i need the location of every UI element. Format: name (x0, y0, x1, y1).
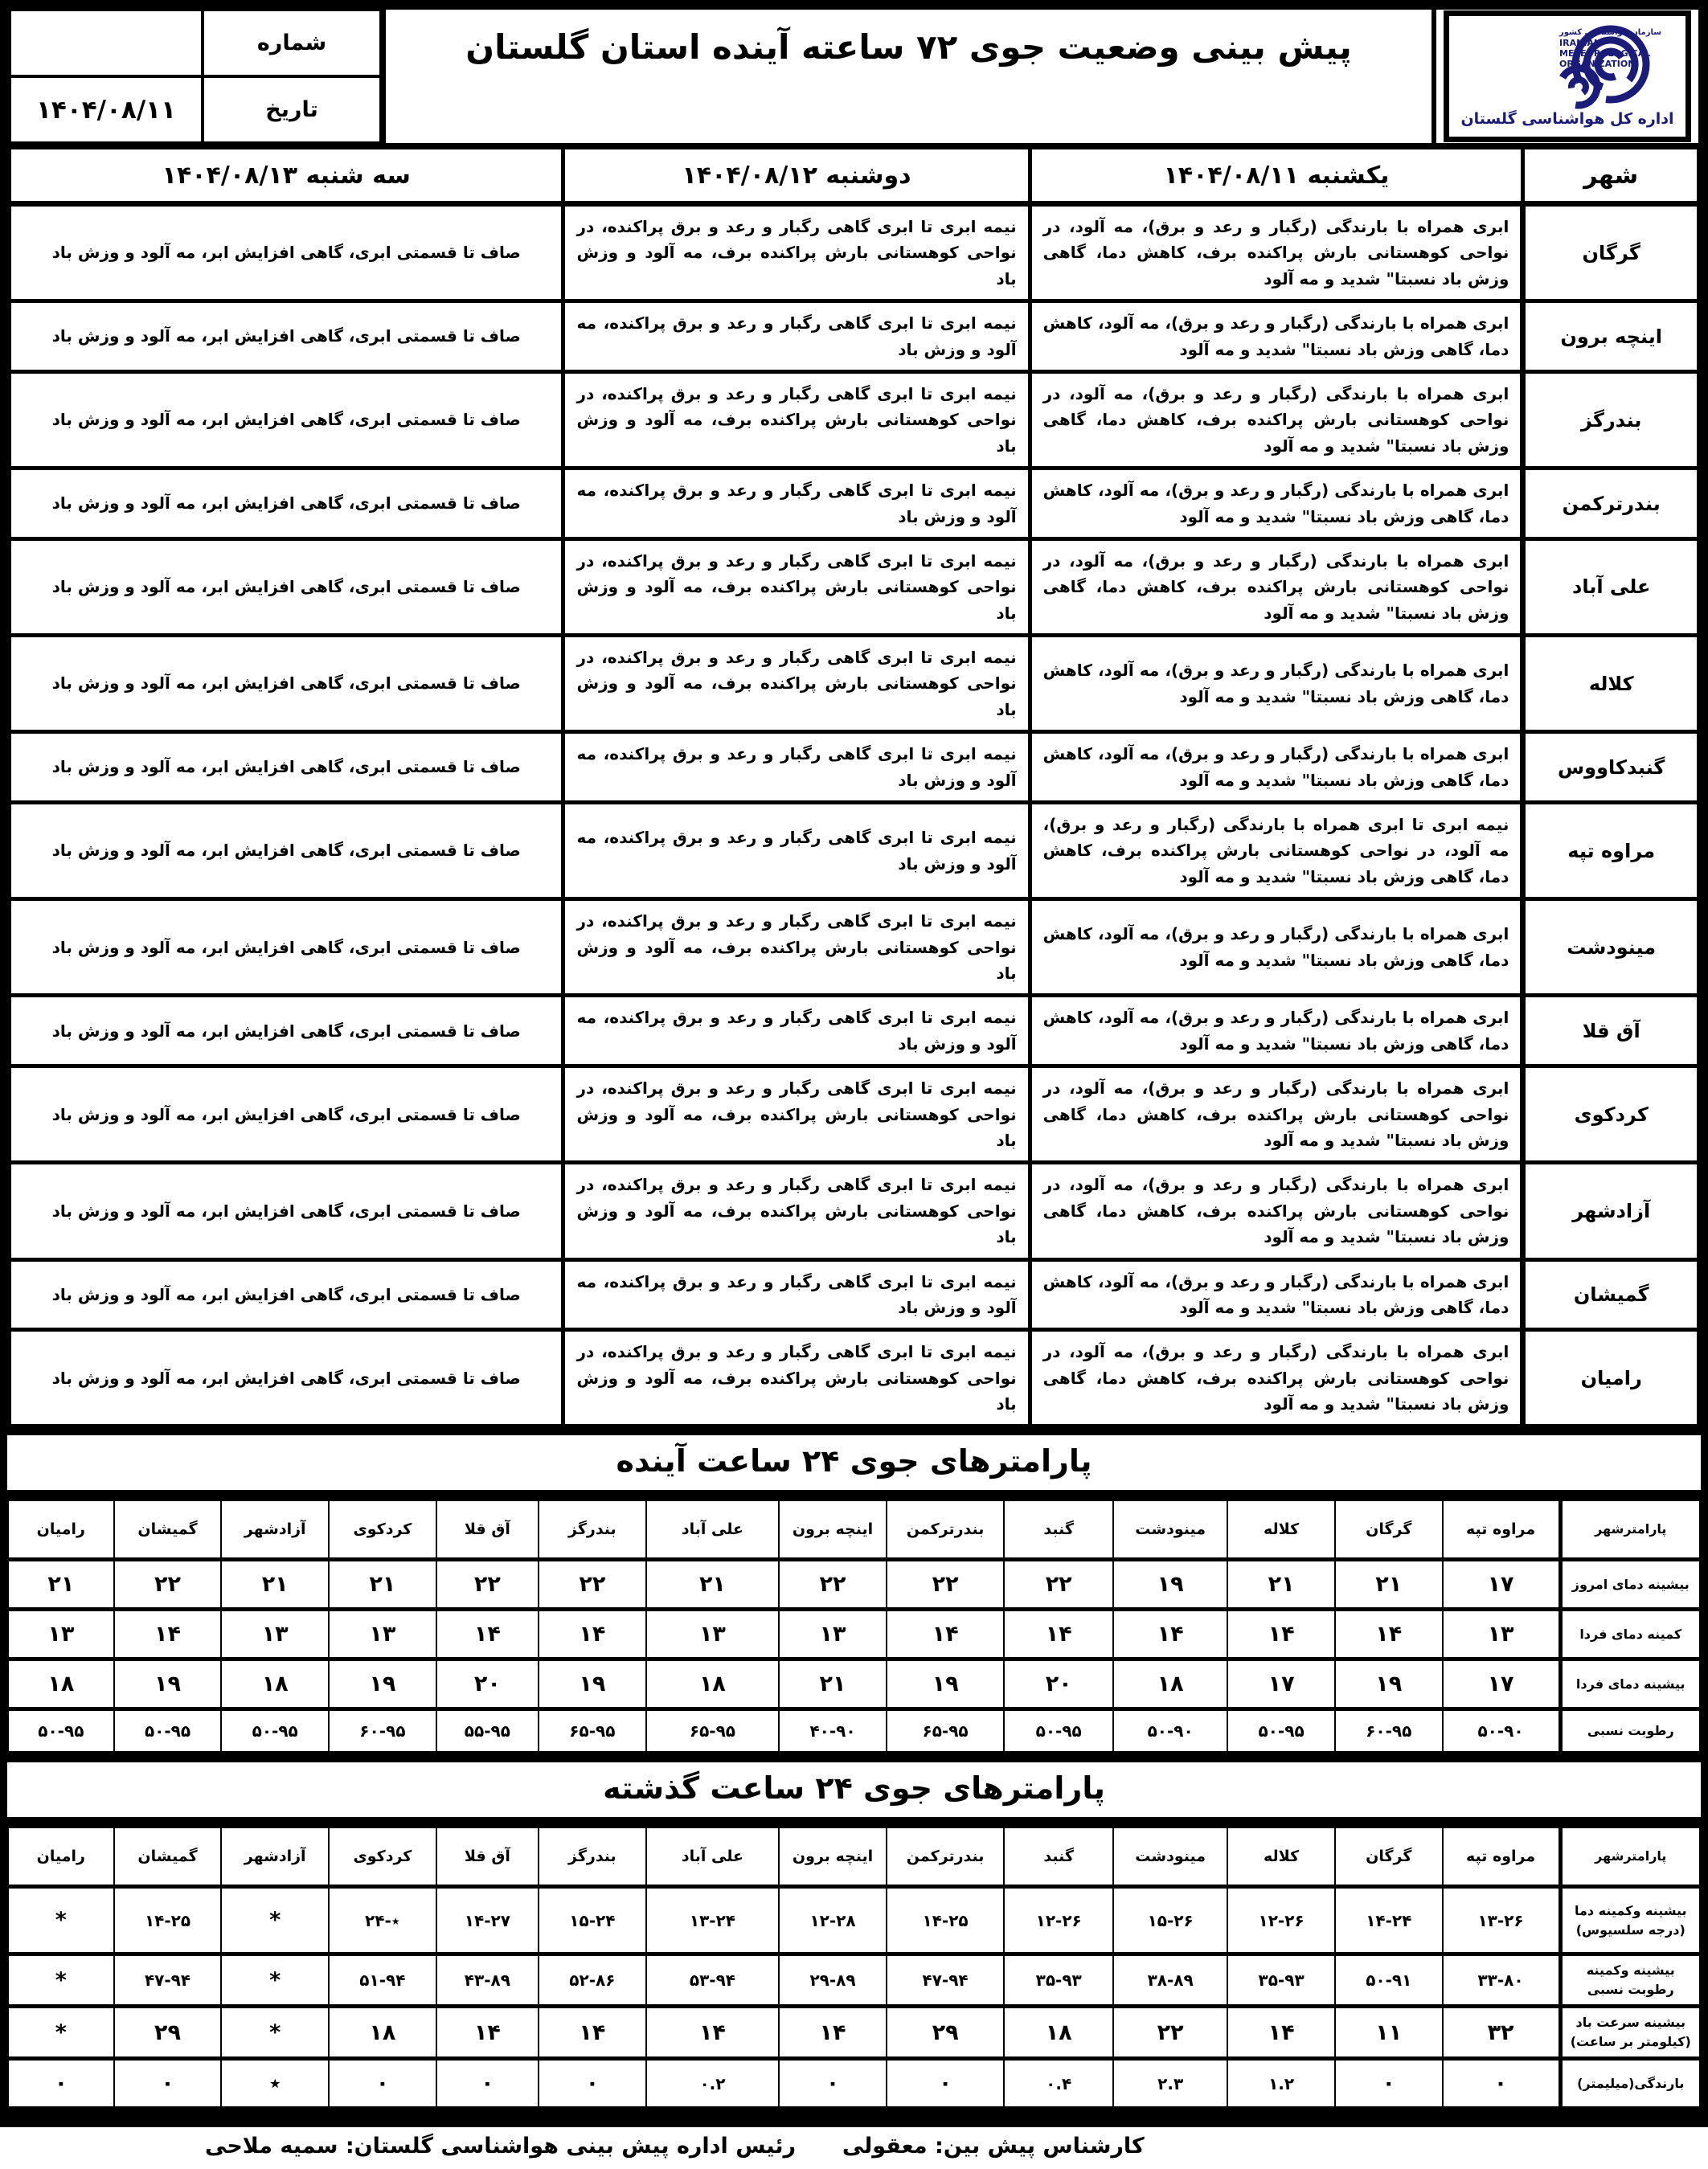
city-name: اینچه برون (1523, 301, 1699, 372)
param-value-cell: ۵۰-۹۵ (114, 1709, 222, 1754)
number-label: شماره (203, 10, 381, 76)
forecast-text-cell: نیمه ابری تا ابری گاهی رگبار و رعد و برق… (563, 371, 1030, 468)
param-value-cell: ۴۷-۹۴ (887, 1954, 1004, 2007)
head-signature: رئیس اداره پیش بینی هواشناسی گلستان: سمی… (205, 2134, 796, 2159)
param-value-cell: ۱۴ (539, 2007, 646, 2059)
param-value-cell: ۱۳ (779, 1610, 887, 1659)
param-value-cell: ۵۲-۸۶ (539, 1954, 646, 2007)
forecast-text-cell: نیمه ابری تا ابری گاهی رگبار و رعد و برق… (563, 204, 1030, 301)
past-params-banner: پارامترهای جوی ۲۴ ساعت گذشته (7, 1755, 1701, 1824)
params-row: بیشینه دمای فردا۱۷۱۹۱۷۱۸۲۰۱۹۲۱۱۸۱۹۲۰۱۹۱۸… (8, 1659, 1700, 1709)
param-value-cell: ۶۵-۹۵ (539, 1709, 646, 1754)
forecast-text-cell: نیمه ابری تا ابری گاهی رگبار و رعد و برق… (563, 1259, 1030, 1330)
city-header-cell: بندرترکمن (887, 1500, 1004, 1560)
city-name: گنبدکاووس (1523, 732, 1699, 803)
param-label-cell: بیشینه دمای امروز (1560, 1560, 1700, 1610)
city-header-cell: کلاله (1227, 1500, 1335, 1560)
param-value-cell: ۱۴ (436, 1610, 539, 1659)
forecast-text-cell: ابری همراه با بارندگی (رگبار و رعد و برق… (1030, 538, 1523, 635)
param-value-cell: ۱۵-۲۶ (1113, 1887, 1227, 1954)
param-value-cell: ۱۸ (329, 2007, 436, 2059)
param-value-cell: ۱۳-۲۴ (646, 1887, 780, 1954)
forecast-table: شهر یکشنبه ۱۴۰۴/۰۸/۱۱ دوشنبه ۱۴۰۴/۰۸/۱۲ … (7, 145, 1701, 1428)
param-value-cell: ۱۴-۲۴ (1335, 1887, 1443, 1954)
param-value-cell: ۱۸ (1113, 1659, 1227, 1709)
forecast-row: مراوه تپهنیمه ابری تا ابری همراه با بارن… (10, 803, 1699, 899)
past-params-table: پارامترشهرمراوه تپهگرگانکلالهمینودشتگنبد… (7, 1824, 1701, 2110)
param-value-cell: ۱۴ (1004, 1610, 1113, 1659)
param-value-cell: ۵۰-۹۵ (1004, 1709, 1113, 1754)
city-header-cell: آق قلا (436, 1827, 539, 1887)
logo-cell: سازمان هواشناسی کشور IRANIAN METEOROLOGI… (1434, 7, 1701, 145)
param-value-cell: ۱۹ (887, 1659, 1004, 1709)
param-value-cell: ۱۸ (221, 1659, 329, 1709)
city-name: گرگان (1523, 204, 1699, 301)
param-value-cell: ۱۴ (114, 1610, 222, 1659)
param-value-cell: ۲۱ (8, 1560, 114, 1610)
meteorological-org-logo: سازمان هواشناسی کشور IRANIAN METEOROLOGI… (1444, 10, 1691, 142)
forecast-text-cell: ابری همراه با بارندگی (رگبار و رعد و برق… (1030, 1066, 1523, 1163)
city-name: بندرگز (1523, 371, 1699, 468)
bulletin-frame: سازمان هواشناسی کشور IRANIAN METEOROLOGI… (0, 0, 1708, 2127)
param-value-cell: ۲.۳ (1113, 2059, 1227, 2109)
forecast-text-cell: ابری همراه با بارندگی (رگبار و رعد و برق… (1030, 636, 1523, 732)
param-value-cell: ۵۰-۹۱ (1335, 1954, 1443, 2007)
forecast-text-cell: نیمه ابری تا ابری همراه با بارندگی (رگبا… (1030, 803, 1523, 899)
number-value (10, 10, 203, 76)
city-header-cell: مراوه تپه (1443, 1500, 1560, 1560)
param-label-cell: بیشینه دمای فردا (1560, 1659, 1700, 1709)
future-params-table: پارامترشهرمراوه تپهگرگانکلالهمینودشتگنبد… (7, 1497, 1701, 1755)
forecast-text-cell: ابری همراه با بارندگی (رگبار و رعد و برق… (1030, 732, 1523, 803)
param-value-cell: ۲۰ (436, 1659, 539, 1709)
param-value-cell: ۳۲ (1443, 2007, 1560, 2059)
param-value-cell: ۲۱ (1335, 1560, 1443, 1610)
param-value-cell: ۱۴ (779, 2007, 887, 2059)
param-value-cell: ۲۲ (1004, 1560, 1113, 1610)
forecast-row: کردکویابری همراه با بارندگی (رگبار و رعد… (10, 1066, 1699, 1163)
param-value-cell: ۱۹ (329, 1659, 436, 1709)
future-params-banner: پارامترهای جوی ۲۴ ساعت آینده (7, 1428, 1701, 1497)
param-value-cell: ۲۹ (114, 2007, 222, 2059)
forecast-row: آزادشهرابری همراه با بارندگی (رگبار و رع… (10, 1163, 1699, 1259)
param-label-cell: بیشینه وکمینه رطوبت نسبی (1560, 1954, 1700, 2007)
params-header-row: پارامترشهرمراوه تپهگرگانکلالهمینودشتگنبد… (8, 1500, 1700, 1560)
city-name: کلاله (1523, 636, 1699, 732)
param-value-cell: ۱۴-۲۷ (436, 1887, 539, 1954)
params-row: رطوبت نسبی۵۰-۹۰۶۰-۹۵۵۰-۹۵۵۰-۹۰۵۰-۹۵۶۵-۹۵… (8, 1709, 1700, 1754)
param-value-cell: * (221, 1954, 329, 2007)
param-value-cell: ۲۱ (1227, 1560, 1335, 1610)
param-value-cell: ۱۷ (1227, 1659, 1335, 1709)
param-value-cell: ۱.۲ (1227, 2059, 1335, 2109)
city-header-cell: گرگان (1335, 1827, 1443, 1887)
city-header-cell: کردکوی (329, 1827, 436, 1887)
param-value-cell: ۱۳ (221, 1610, 329, 1659)
forecast-text-cell: نیمه ابری تا ابری گاهی رگبار و رعد و برق… (563, 469, 1030, 539)
forecast-text-cell: نیمه ابری تا ابری گاهی رگبار و رعد و برق… (563, 301, 1030, 372)
forecast-row: اینچه برونابری همراه با بارندگی (رگبار و… (10, 301, 1699, 372)
forecast-text-cell: صاف تا قسمتی ابری، گاهی افزایش ابر، مه آ… (10, 803, 563, 899)
param-value-cell: ۰ (1443, 2059, 1560, 2109)
forecast-row: مینودشتابری همراه با بارندگی (رگبار و رع… (10, 899, 1699, 996)
param-value-cell: ۲۱ (329, 1560, 436, 1610)
param-label-cell: کمینه دمای فردا (1560, 1610, 1700, 1659)
forecast-text-cell: صاف تا قسمتی ابری، گاهی افزایش ابر، مه آ… (10, 1259, 563, 1330)
param-value-cell: ۱۴ (646, 2007, 780, 2059)
forecast-text-cell: صاف تا قسمتی ابری، گاهی افزایش ابر، مه آ… (10, 538, 563, 635)
param-value-cell: ۱۸ (1004, 2007, 1113, 2059)
forecast-row: بندرگزابری همراه با بارندگی (رگبار و رعد… (10, 371, 1699, 468)
city-header-cell: علی آباد (646, 1500, 780, 1560)
param-value-cell: ۰.۴ (1004, 2059, 1113, 2109)
param-value-cell: ۵۰-۹۵ (8, 1709, 114, 1754)
param-value-cell: ۱۴ (1227, 2007, 1335, 2059)
forecast-text-cell: نیمه ابری تا ابری گاهی رگبار و رعد و برق… (563, 1066, 1030, 1163)
param-value-cell: ۱۳ (646, 1610, 780, 1659)
param-value-cell: ۱۷ (1443, 1659, 1560, 1709)
city-header-cell: اینچه برون (779, 1500, 887, 1560)
forecast-text-cell: ابری همراه با بارندگی (رگبار و رعد و برق… (1030, 371, 1523, 468)
forecast-text-cell: صاف تا قسمتی ابری، گاهی افزایش ابر، مه آ… (10, 204, 563, 301)
forecast-text-cell: ابری همراه با بارندگی (رگبار و رعد و برق… (1030, 204, 1523, 301)
forecast-text-cell: صاف تا قسمتی ابری، گاهی افزایش ابر، مه آ… (10, 636, 563, 732)
param-value-cell: ۳۵-۹۳ (1227, 1954, 1335, 2007)
city-name: علی آباد (1523, 538, 1699, 635)
city-header-cell: مینودشت (1113, 1500, 1227, 1560)
number-date-block: شماره تاریخ ۱۴۰۴/۰۸/۱۱ (7, 7, 383, 145)
city-header-cell: بندرترکمن (887, 1827, 1004, 1887)
forecast-text-cell: نیمه ابری تا ابری گاهی رگبار و رعد و برق… (563, 1163, 1030, 1259)
param-value-cell: ۱۳ (8, 1610, 114, 1659)
param-value-cell: ۴۷-۹۴ (114, 1954, 222, 2007)
city-name: گمیشان (1523, 1259, 1699, 1330)
param-value-cell: ۵۰-۹۰ (1113, 1709, 1227, 1754)
param-value-cell: ۱۴-۲۵ (887, 1887, 1004, 1954)
logo-org-en-2: METEOROLOGICAL (1559, 48, 1650, 59)
city-name: آق قلا (1523, 996, 1699, 1066)
forecast-row: گرگانابری همراه با بارندگی (رگبار و رعد … (10, 204, 1699, 301)
forecast-text-cell: نیمه ابری تا ابری گاهی رگبار و رعد و برق… (563, 803, 1030, 899)
city-header-cell: مراوه تپه (1443, 1827, 1560, 1887)
param-value-cell: ۲۲ (887, 1560, 1004, 1610)
forecast-text-cell: ابری همراه با بارندگی (رگبار و رعد و برق… (1030, 899, 1523, 996)
forecast-text-cell: صاف تا قسمتی ابری، گاهی افزایش ابر، مه آ… (10, 469, 563, 539)
city-header-cell: کردکوی (329, 1500, 436, 1560)
param-value-cell: * (221, 2007, 329, 2059)
city-header-cell: گمیشان (114, 1500, 222, 1560)
params-corner-cell: پارامترشهر (1560, 1827, 1700, 1887)
city-header-cell: علی آباد (646, 1827, 780, 1887)
city-header-cell: رامیان (8, 1500, 114, 1560)
city-name: بندرترکمن (1523, 469, 1699, 539)
param-value-cell: * (8, 1887, 114, 1954)
param-value-cell: ۱۲-۲۶ (1004, 1887, 1113, 1954)
param-value-cell: ۳۳-۸۰ (1443, 1954, 1560, 2007)
param-value-cell: ۴۳-۸۹ (436, 1954, 539, 2007)
forecast-text-cell: صاف تا قسمتی ابری، گاهی افزایش ابر، مه آ… (10, 1066, 563, 1163)
city-name: کردکوی (1523, 1066, 1699, 1163)
city-name: مینودشت (1523, 899, 1699, 996)
param-value-cell: ۰ (114, 2059, 222, 2109)
param-value-cell: ۱۴ (1113, 1610, 1227, 1659)
forecast-row: کلالهابری همراه با بارندگی (رگبار و رعد … (10, 636, 1699, 732)
param-label-cell: رطوبت نسبی (1560, 1709, 1700, 1754)
param-value-cell: ۳۸-۸۹ (1113, 1954, 1227, 2007)
forecast-text-cell: صاف تا قسمتی ابری، گاهی افزایش ابر، مه آ… (10, 371, 563, 468)
param-value-cell: * (8, 2007, 114, 2059)
param-value-cell: ۰ (8, 2059, 114, 2109)
param-value-cell: ۰ (1335, 2059, 1443, 2109)
param-value-cell: ۱۵-۲۴ (539, 1887, 646, 1954)
forecast-text-cell: نیمه ابری تا ابری گاهی رگبار و رعد و برق… (563, 996, 1030, 1066)
param-value-cell: ۵۰-۹۰ (1443, 1709, 1560, 1754)
param-value-cell: ۵۰-۹۵ (1227, 1709, 1335, 1754)
column-header-day2: دوشنبه ۱۴۰۴/۰۸/۱۲ (563, 148, 1030, 204)
city-header-cell: گنبد (1004, 1827, 1113, 1887)
city-header-cell: کلاله (1227, 1827, 1335, 1887)
param-value-cell: ۲۹ (887, 2007, 1004, 2059)
logo-org-en-1: IRANIAN (1559, 38, 1601, 48)
column-header-city: شهر (1523, 148, 1699, 204)
forecast-text-cell: صاف تا قسمتی ابری، گاهی افزایش ابر، مه آ… (10, 1330, 563, 1426)
param-value-cell: ۶۰-۹۵ (329, 1709, 436, 1754)
param-value-cell: ۰ (436, 2059, 539, 2109)
forecast-text-cell: ابری همراه با بارندگی (رگبار و رعد و برق… (1030, 301, 1523, 372)
param-value-cell: ۱۹ (1113, 1560, 1227, 1610)
param-value-cell: ۱۲-۲۶ (1227, 1887, 1335, 1954)
param-value-cell: ۲۱ (779, 1659, 887, 1709)
forecaster-signature: کارشناس پیش بین: معقولی (842, 2134, 1145, 2159)
param-value-cell: ۵۵-۹۵ (436, 1709, 539, 1754)
param-value-cell: ۳۵-۹۳ (1004, 1954, 1113, 2007)
forecast-row: گمیشانابری همراه با بارندگی (رگبار و رعد… (10, 1259, 1699, 1330)
forecast-text-cell: ابری همراه با بارندگی (رگبار و رعد و برق… (1030, 469, 1523, 539)
footer: کارشناس پیش بین: معقولی رئیس اداره پیش ب… (0, 2127, 1708, 2169)
future-params-section: پارامترشهرمراوه تپهگرگانکلالهمینودشتگنبد… (7, 1497, 1701, 1755)
params-row: کمینه دمای فردا۱۳۱۴۱۴۱۴۱۴۱۴۱۳۱۳۱۴۱۴۱۳۱۳۱… (8, 1610, 1700, 1659)
forecast-text-cell: ابری همراه با بارندگی (رگبار و رعد و برق… (1030, 1330, 1523, 1426)
bottom-bar (7, 2110, 1701, 2120)
params-row: بیشینه وکمینه دما (درجه سلسیوس)۱۳-۲۶۱۴-۲… (8, 1887, 1700, 1954)
param-value-cell: ۱۷ (1443, 1560, 1560, 1610)
forecast-row: بندرترکمنابری همراه با بارندگی (رگبار و … (10, 469, 1699, 539)
param-value-cell: ۱۳ (1443, 1610, 1560, 1659)
logo-org-en-3: ORGANIZATION (1559, 59, 1635, 69)
params-header-row: پارامترشهرمراوه تپهگرگانکلالهمینودشتگنبد… (8, 1827, 1700, 1887)
param-value-cell: ۱۸ (646, 1659, 780, 1709)
forecast-text-cell: ابری همراه با بارندگی (رگبار و رعد و برق… (1030, 1163, 1523, 1259)
param-value-cell: * (221, 1887, 329, 1954)
forecast-text-cell: صاف تا قسمتی ابری، گاهی افزایش ابر، مه آ… (10, 899, 563, 996)
forecast-text-cell: نیمه ابری تا ابری گاهی رگبار و رعد و برق… (563, 732, 1030, 803)
city-header-cell: گنبد (1004, 1500, 1113, 1560)
param-value-cell: ٭ (221, 2059, 329, 2109)
params-row: بیشینه دمای امروز۱۷۲۱۲۱۱۹۲۲۲۲۲۲۲۱۲۲۲۲۲۱۲… (8, 1560, 1700, 1610)
param-value-cell: ۲۲ (539, 1560, 646, 1610)
param-value-cell: ۱۱ (1335, 2007, 1443, 2059)
city-header-cell: اینچه برون (779, 1827, 887, 1887)
param-value-cell: ۲۲ (1113, 2007, 1227, 2059)
param-value-cell: ۱۳-۲۶ (1443, 1887, 1560, 1954)
city-header-cell: بندرگز (539, 1827, 646, 1887)
forecast-text-cell: نیمه ابری تا ابری گاهی رگبار و رعد و برق… (563, 538, 1030, 635)
date-label: تاریخ (203, 76, 381, 143)
forecast-row: رامیانابری همراه با بارندگی (رگبار و رعد… (10, 1330, 1699, 1426)
city-name: آزادشهر (1523, 1163, 1699, 1259)
param-value-cell: ۱۴ (1335, 1610, 1443, 1659)
param-value-cell: ۰ (779, 2059, 887, 2109)
weather-bulletin-sheet: سازمان هواشناسی کشور IRANIAN METEOROLOGI… (0, 0, 1708, 2169)
param-value-cell: ۱۹ (114, 1659, 222, 1709)
param-value-cell: ۲۲ (779, 1560, 887, 1610)
param-value-cell: ۶۰-۹۵ (1335, 1709, 1443, 1754)
bulletin-header: سازمان هواشناسی کشور IRANIAN METEOROLOGI… (7, 7, 1701, 145)
forecast-text-cell: نیمه ابری تا ابری گاهی رگبار و رعد و برق… (563, 1330, 1030, 1426)
param-value-cell: ۲۱ (221, 1560, 329, 1610)
param-label-cell: بیشینه سرعت باد (کیلومتر بر ساعت) (1560, 2007, 1700, 2059)
param-value-cell: ۱۲-۲۸ (779, 1887, 887, 1954)
param-value-cell: ۰ (539, 2059, 646, 2109)
param-value-cell: ۱۹ (539, 1659, 646, 1709)
param-value-cell: ۲۱ (646, 1560, 780, 1610)
city-header-cell: آزادشهر (221, 1827, 329, 1887)
param-value-cell: ۴۰-۹۰ (779, 1709, 887, 1754)
param-value-cell: * (8, 1954, 114, 2007)
city-header-cell: آزادشهر (221, 1500, 329, 1560)
param-value-cell: ٭-۲۴ (329, 1887, 436, 1954)
forecast-text-cell: صاف تا قسمتی ابری، گاهی افزایش ابر، مه آ… (10, 1163, 563, 1259)
date-value: ۱۴۰۴/۰۸/۱۱ (10, 76, 203, 143)
params-row: بیشینه سرعت باد (کیلومتر بر ساعت)۳۲۱۱۱۴۲… (8, 2007, 1700, 2059)
forecast-text-cell: نیمه ابری تا ابری گاهی رگبار و رعد و برق… (563, 636, 1030, 732)
param-value-cell: ۱۴-۲۵ (114, 1887, 222, 1954)
param-value-cell: ۵۰-۹۵ (221, 1709, 329, 1754)
param-value-cell: ۰ (329, 2059, 436, 2109)
param-value-cell: ۶۵-۹۵ (646, 1709, 780, 1754)
forecast-header-row: شهر یکشنبه ۱۴۰۴/۰۸/۱۱ دوشنبه ۱۴۰۴/۰۸/۱۲ … (10, 148, 1699, 204)
params-row: بارندگی(میلیمتر)۰۰۱.۲۲.۳۰.۴۰۰۰.۲۰۰۰٭۰۰ (8, 2059, 1700, 2109)
forecast-text-cell: ابری همراه با بارندگی (رگبار و رعد و برق… (1030, 996, 1523, 1066)
param-value-cell: ۲۰ (1004, 1659, 1113, 1709)
param-value-cell: ۱۴ (436, 2007, 539, 2059)
city-header-cell: آق قلا (436, 1500, 539, 1560)
param-value-cell: ۱۴ (539, 1610, 646, 1659)
column-header-day3: سه شنبه ۱۴۰۴/۰۸/۱۳ (10, 148, 563, 204)
cyclone-logo-icon: سازمان هواشناسی کشور IRANIAN METEOROLOGI… (1456, 23, 1678, 130)
param-value-cell: ۰ (887, 2059, 1004, 2109)
city-header-cell: بندرگز (539, 1500, 646, 1560)
params-corner-cell: پارامترشهر (1560, 1500, 1700, 1560)
forecast-text-cell: صاف تا قسمتی ابری، گاهی افزایش ابر، مه آ… (10, 996, 563, 1066)
city-header-cell: گرگان (1335, 1500, 1443, 1560)
param-value-cell: ۰.۲ (646, 2059, 780, 2109)
city-header-cell: مینودشت (1113, 1827, 1227, 1887)
param-value-cell: ۱۴ (1227, 1610, 1335, 1659)
param-value-cell: ۱۳ (329, 1610, 436, 1659)
city-header-cell: رامیان (8, 1827, 114, 1887)
forecast-row: علی آبادابری همراه با بارندگی (رگبار و ر… (10, 538, 1699, 635)
param-value-cell: ۲۲ (114, 1560, 222, 1610)
param-value-cell: ۲۹-۸۹ (779, 1954, 887, 2007)
forecast-row: آق قلاابری همراه با بارندگی (رگبار و رعد… (10, 996, 1699, 1066)
forecast-text-cell: نیمه ابری تا ابری گاهی رگبار و رعد و برق… (563, 899, 1030, 996)
logo-org-fa: سازمان هواشناسی کشور (1558, 28, 1661, 37)
forecast-text-cell: صاف تا قسمتی ابری، گاهی افزایش ابر، مه آ… (10, 732, 563, 803)
param-value-cell: ۶۵-۹۵ (887, 1709, 1004, 1754)
forecast-row: گنبدکاووسابری همراه با بارندگی (رگبار و … (10, 732, 1699, 803)
city-header-cell: گمیشان (114, 1827, 222, 1887)
forecast-text-cell: ابری همراه با بارندگی (رگبار و رعد و برق… (1030, 1259, 1523, 1330)
params-row: بیشینه وکمینه رطوبت نسبی۳۳-۸۰۵۰-۹۱۳۵-۹۳۳… (8, 1954, 1700, 2007)
param-value-cell: ۱۴ (887, 1610, 1004, 1659)
page-title: پیش بینی وضعیت جوی ۷۲ ساعته آینده استان … (383, 7, 1434, 145)
column-header-day1: یکشنبه ۱۴۰۴/۰۸/۱۱ (1030, 148, 1523, 204)
param-value-cell: ۱۹ (1335, 1659, 1443, 1709)
param-value-cell: ۵۳-۹۴ (646, 1954, 780, 2007)
city-name: مراوه تپه (1523, 803, 1699, 899)
logo-office-name: اداره کل هواشناسی گلستان (1460, 109, 1673, 128)
param-value-cell: ۱۸ (8, 1659, 114, 1709)
city-name: رامیان (1523, 1330, 1699, 1426)
past-params-section: پارامترشهرمراوه تپهگرگانکلالهمینودشتگنبد… (7, 1824, 1701, 2110)
param-label-cell: بیشینه وکمینه دما (درجه سلسیوس) (1560, 1887, 1700, 1954)
param-label-cell: بارندگی(میلیمتر) (1560, 2059, 1700, 2109)
param-value-cell: ۵۱-۹۴ (329, 1954, 436, 2007)
param-value-cell: ۲۲ (436, 1560, 539, 1610)
forecast-text-cell: صاف تا قسمتی ابری، گاهی افزایش ابر، مه آ… (10, 301, 563, 372)
